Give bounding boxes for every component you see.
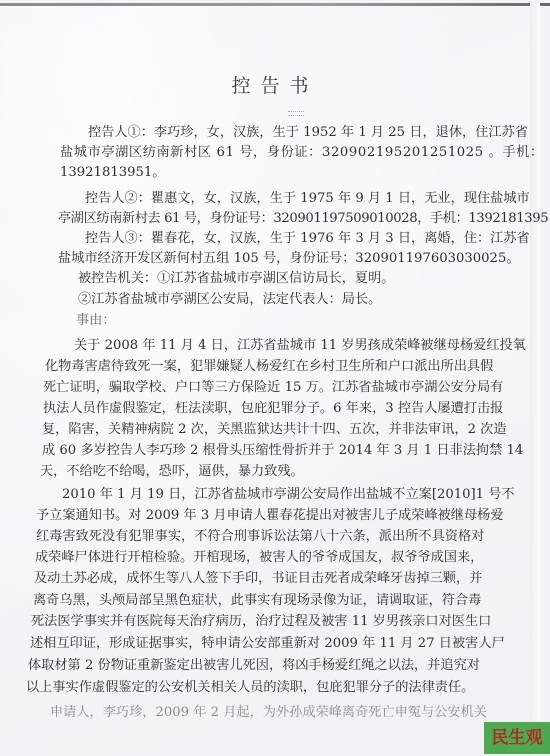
complainant-1-line-1: 控告人①：李巧珍，女，汉族，生于 1952 年 1 月 25 日，退休，住江苏省 bbox=[88, 123, 528, 143]
document-title: 控告书 bbox=[0, 71, 550, 98]
accused-2: ②江苏省盐城市亭湖区公安局，法定代表人：局长。 bbox=[78, 290, 381, 310]
watermark-badge: 民生观察 bbox=[484, 722, 550, 754]
reason-heading: 事由： bbox=[76, 311, 116, 331]
paragraph-2-line-6: 离奇乌黑，头颅局部呈黑色症状，此事实有现场录像为证，请调取证，符合毒 bbox=[33, 591, 481, 611]
complainant-1-line-3: 13921813951。 bbox=[60, 163, 165, 183]
paragraph-1-line-6: 成 60 多岁控告人李巧珍 2 根骨头压缩性骨折并于 2014 年 3 月 1 … bbox=[42, 441, 523, 461]
paragraph-1-line-5: 复，陷害，关精神病院 2 次，关黑监狱达共计十四、五次，并非法审讯，2 次造 bbox=[42, 420, 507, 440]
paragraph-2-line-3: 红毒害致死没有犯罪事实，不符合刑事诉讼法第八十六条，派出所不具资格对 bbox=[36, 527, 484, 547]
paragraph-1-line-2: 化物毒害虐待致死一案，犯罪嫌疑人杨爱红在乡村卫生所和户口派出所出具假 bbox=[45, 357, 493, 377]
paragraph-3-line-1: 申请人，李巧珍，2009 年 2 月起，为外孙成荣峰离奇死亡申冤与公安机关 bbox=[50, 703, 487, 723]
paragraph-2-line-5: 及动土苏必成，成怀生等八人签下手印，书证目击死者成荣峰牙齿掉三颗，并 bbox=[34, 569, 482, 589]
page-top-edge bbox=[0, 3, 550, 6]
paragraph-2-line-8: 述相互印证，形成证据事实，特申请公安部重新对 2009 年 11 月 27 日被… bbox=[30, 634, 505, 654]
paragraph-1-line-1: 关于 2008 年 11 月 4 日，江苏省盐城市 11 岁男孩成荣峰被继母杨爱… bbox=[74, 336, 526, 356]
scanned-document-page: 控告书 控告人①：李巧珍，女，汉族，生于 1952 年 1 月 25 日，退休，… bbox=[0, 3, 540, 756]
paragraph-2-line-7: 死法医学事实并有医院每天治疗病历，治疗过程及被害 11 岁男孩亲口对医生口 bbox=[31, 612, 491, 632]
complainant-1-line-2: 盐城市亭湖区纺南新村区 61 号，身份证：320902195201251025 … bbox=[60, 143, 544, 163]
paragraph-1-line-4: 执法人员作虚假鉴定，枉法渎职，包庇犯罪分子。6 年来，3 控告人屡遭打击报 bbox=[43, 399, 503, 419]
page-right-edge bbox=[530, 3, 540, 756]
paragraph-2-line-10: 以上事实作虚假鉴定的公安机关相关人员的渎职，包庇犯罪分子的法律责任。 bbox=[26, 678, 474, 698]
complainant-2-line-1: 控告人②：瞿惠文，女，汉族，生于 1975 年 9 月 1 日，无业，现住盐城市 bbox=[85, 189, 530, 209]
paragraph-2-line-4: 成荣峰尸体进行开棺检验。开棺现场，被害人的爷爷成国友，叔爷爷成国来， bbox=[35, 548, 483, 568]
title-ornament bbox=[288, 111, 304, 116]
paragraph-2-line-1: 2010 年 1 月 19 日，江苏省盐城市亭湖公安局作出盐城不立案[2010]… bbox=[62, 485, 515, 505]
accused-1: 被控告机关：①江苏省盐城市亭湖区信访局长，夏明。 bbox=[78, 269, 395, 289]
complainant-2-line-2: 亭湖区纺南新村去 61 号，身份证号：320901197509010028，手机… bbox=[58, 209, 550, 229]
paragraph-1-line-3: 死亡证明，骗取学校、户口等三方保险近 15 万。江苏省盐城市亭湖公安分局有 bbox=[43, 378, 503, 398]
paragraph-2-line-9: 体取材第 2 份物证重新鉴定出被害儿死因，将凶手杨爱红绳之以法，并追究对 bbox=[28, 656, 480, 676]
complainant-3-line-1: 控告人③：瞿春花，女，汉族，生于 1976 年 3 月 3 日，离婚，住：江苏省 bbox=[85, 229, 530, 249]
complainant-3-line-2: 盐城市经济开发区新何村五组 105 号，身份证号：320901197603030… bbox=[58, 249, 520, 269]
paragraph-2-line-2: 予立案通知书。对 2009 年 3 月申请人瞿春花提出对被害儿子成荣峰被继母杨爱 bbox=[36, 506, 504, 526]
paragraph-1-line-7: 天，不给吃不给喝，恐吓，逼供，暴力致残。 bbox=[40, 462, 304, 482]
